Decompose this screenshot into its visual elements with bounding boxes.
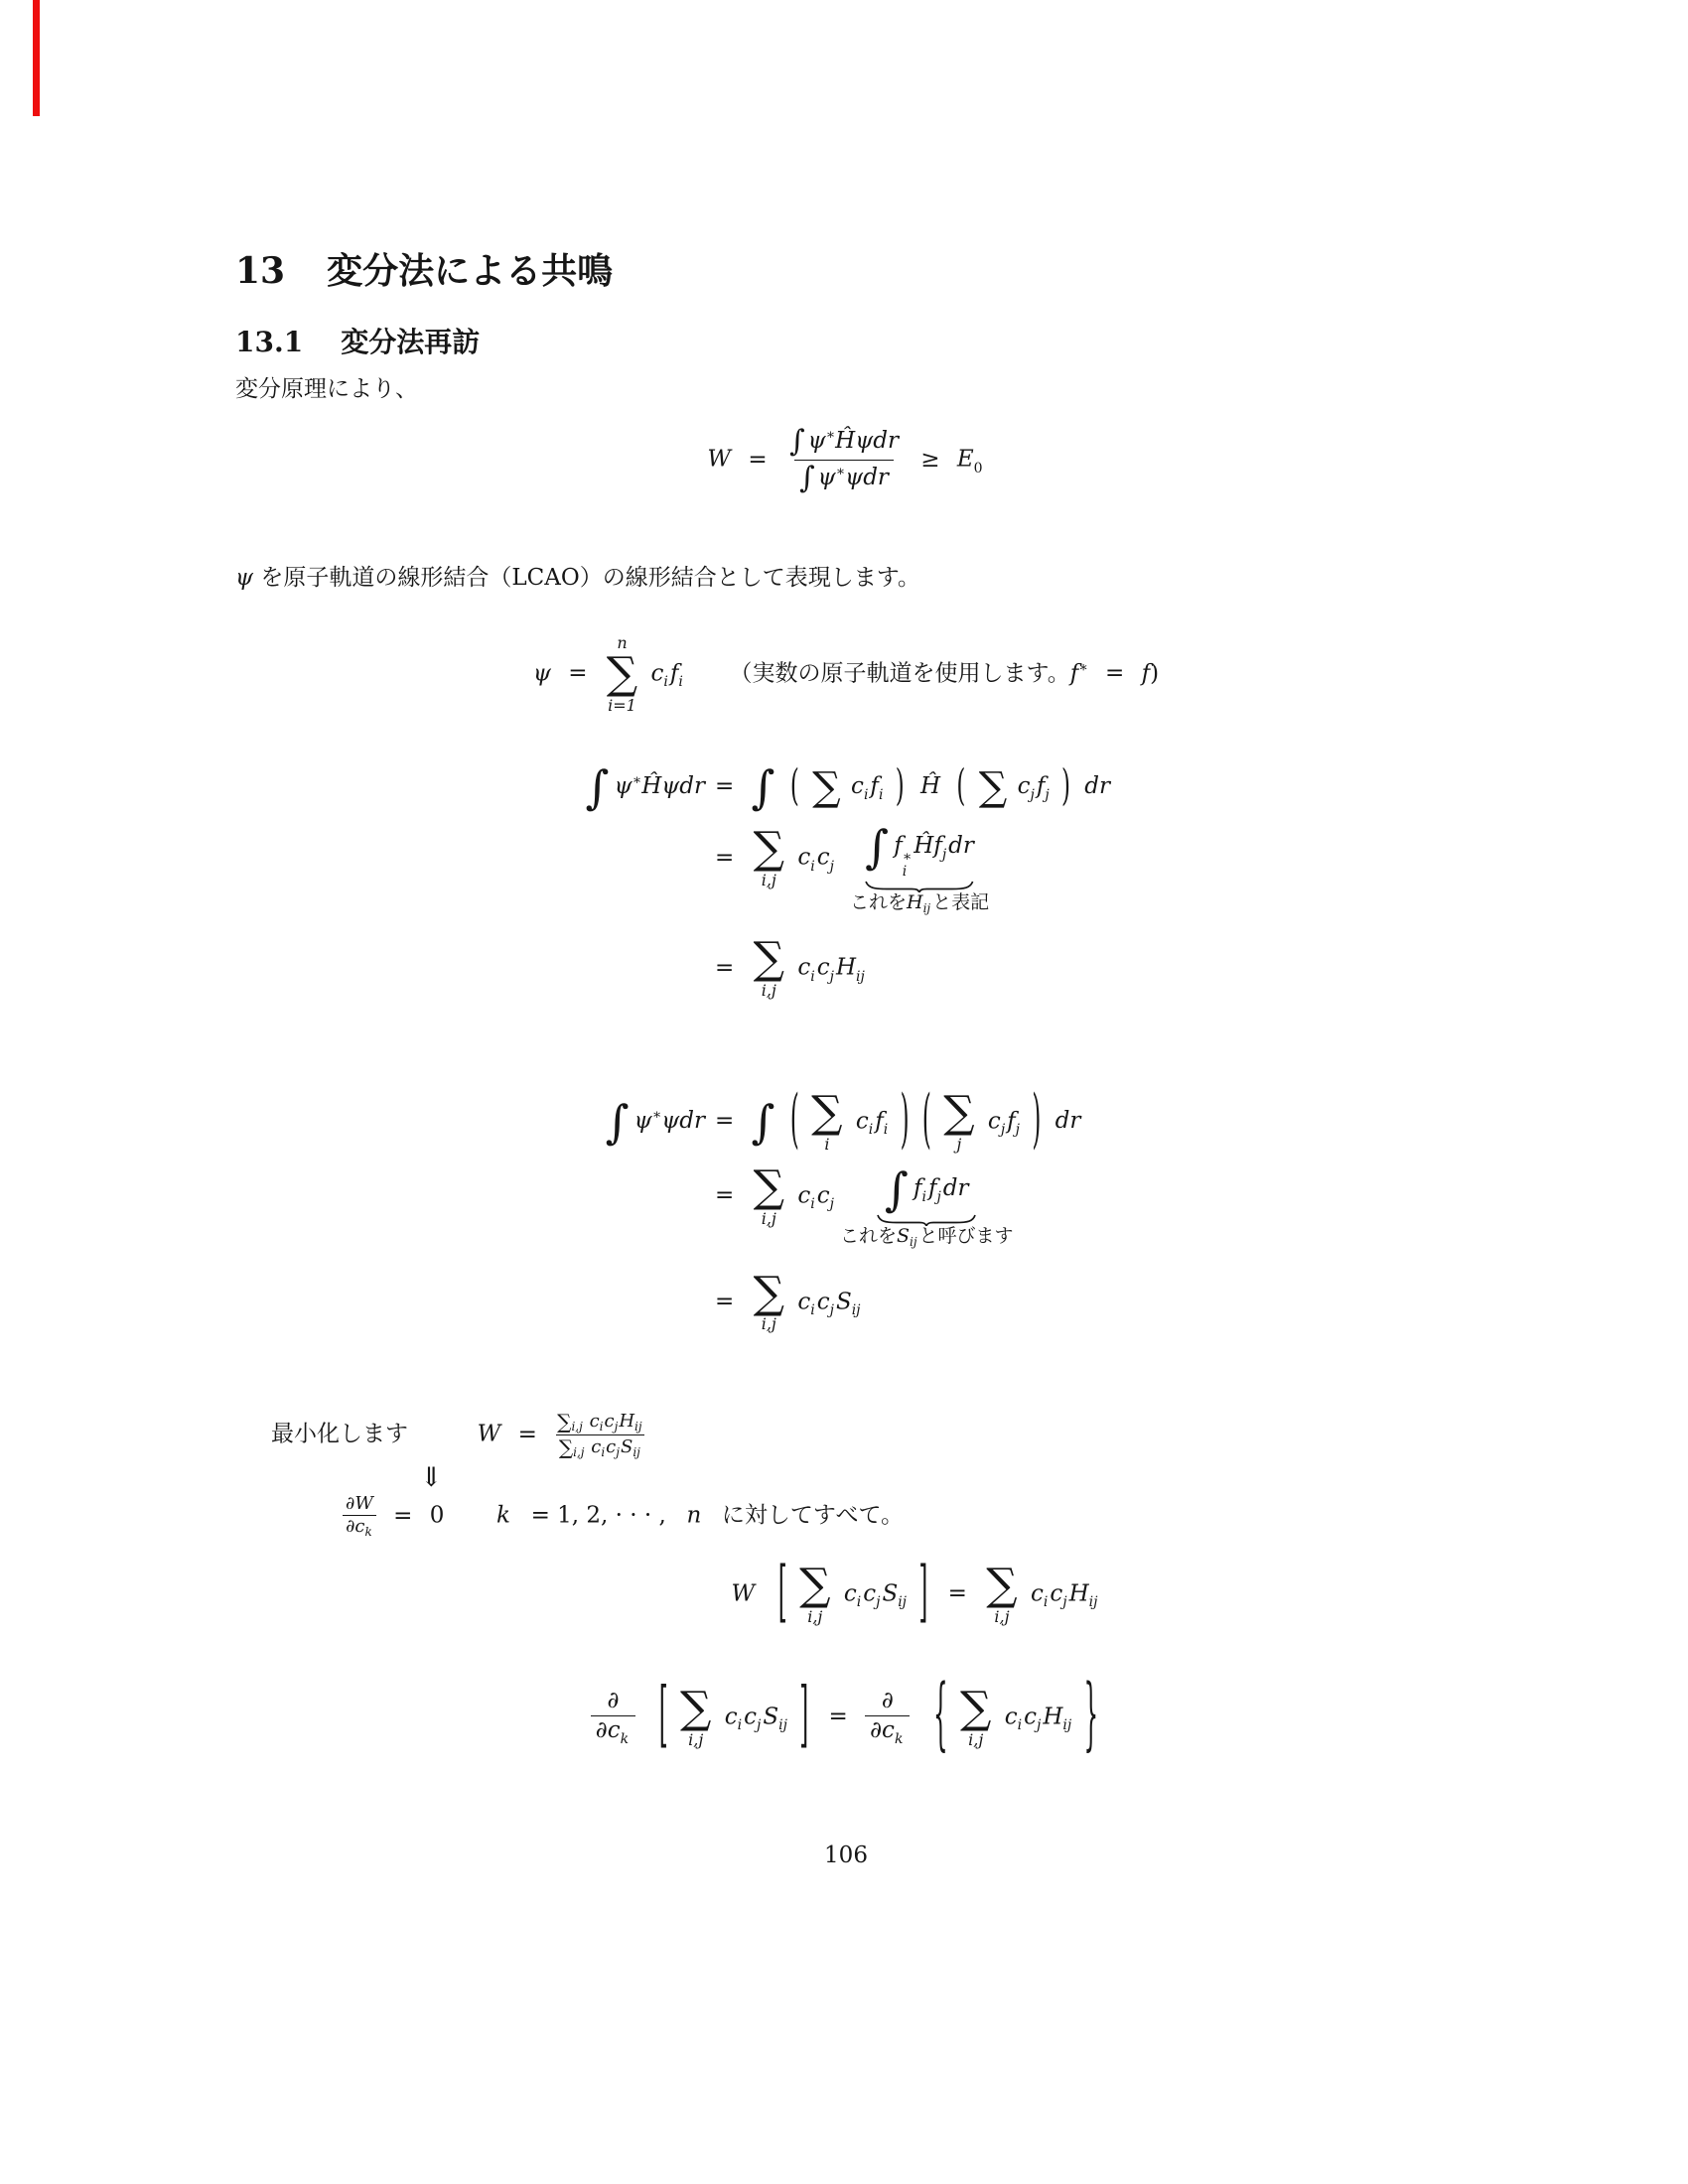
subscript: k (621, 1731, 629, 1747)
fraction: ∂W ∂ck (343, 1495, 376, 1538)
numerator: ∫ψ∗Ĥψdr (784, 427, 904, 460)
equation-rhs: = ∫ ( ∑ cifi ) Ĥ ( ∑ cjfj ) dr (705, 764, 1110, 810)
sigma-icon: ∑ (812, 764, 841, 810)
psi-symbol: ψ (634, 1108, 652, 1134)
sum-lower-limit: i,j (688, 1732, 703, 1748)
sum-operator: ∑ j (943, 1092, 974, 1153)
double-down-arrow-icon: ⇓ (420, 1462, 443, 1493)
subscript: i,j (571, 1420, 582, 1433)
section-heading: 13変分法による共鳴 (235, 248, 1457, 295)
sum-lower-limit: i,j (762, 1211, 776, 1227)
equation-lhs: ∫ψ∗ψdr (235, 1099, 705, 1145)
basis-function: f (1142, 660, 1151, 686)
subscript: j (1062, 1594, 1066, 1610)
page-number: 106 (235, 1842, 1457, 1871)
coefficient: c (1050, 1580, 1062, 1606)
integral-icon: ∫ (752, 760, 775, 814)
equals-sign: = (829, 1704, 848, 1729)
integral-icon: ∫ (789, 424, 805, 459)
integral-icon: ∫ (885, 1162, 909, 1216)
right-paren: ) (1032, 1090, 1041, 1154)
note-close-paren: ) (1150, 660, 1159, 686)
partial-symbol: ∂ (346, 1516, 354, 1537)
w-symbol: W (707, 447, 731, 473)
sum-lower-limit: i,j (968, 1732, 983, 1748)
equation-rhs: = ∫ ( ∑ i cifi ) ( ∑ j cjfj ) dr (705, 1092, 1080, 1153)
coefficient: c (354, 1516, 364, 1537)
derivation-row: = ∑ i,j cicjSij (235, 1273, 1457, 1333)
right-bracket: ] (799, 1682, 808, 1753)
matrix-element: H (1069, 1580, 1089, 1606)
zero-value: 0 (430, 1503, 445, 1529)
derivation-row: ∫ψ∗ψdr = ∫ ( ∑ i cifi ) ( ∑ j cjfj ) dr (235, 1092, 1457, 1153)
w-symbol: W (478, 1422, 501, 1447)
sigma-icon: ∑ (811, 1092, 842, 1134)
equals-sign: = (948, 1580, 967, 1606)
annotation-text: と呼びます (919, 1225, 1014, 1247)
real-orbital-note: （実数の原子軌道を使用します。 (730, 660, 1070, 686)
minimize-line: 最小化します W = ∑i,j cicjHij ∑i,j cicjSij (271, 1412, 1457, 1458)
sigma-icon: ∑ (943, 1092, 974, 1134)
subscript: ij (1062, 1717, 1071, 1733)
subscript: ij (634, 1420, 642, 1433)
hamiltonian-operator: Ĥ (914, 833, 933, 859)
numerator: ∑i,j cicjHij (554, 1412, 645, 1434)
equals-sign: = (715, 773, 734, 799)
left-bracket: [ (778, 1561, 787, 1628)
subscript: j (830, 1302, 834, 1318)
psi-symbol: ψ (235, 565, 253, 591)
subscript: j (830, 859, 834, 875)
denominator: ∂ck (343, 1515, 376, 1538)
integral-expression: ∫f∗iĤfjdr (865, 824, 974, 879)
subscript: i (869, 1122, 873, 1138)
coefficient: c (856, 1108, 869, 1134)
numerator: ∂ (602, 1690, 624, 1715)
annotation-text: と表記 (932, 891, 989, 913)
hamiltonian-operator: Ĥ (920, 773, 940, 799)
overlap-element: S (836, 1289, 852, 1314)
overlap-element: S (882, 1580, 898, 1606)
psi-symbol: ψ (615, 773, 633, 799)
sigma-icon: ∑ (754, 938, 784, 980)
implies-arrow: ⇓ (420, 1464, 1457, 1491)
star-superscript: ∗ (652, 1107, 662, 1123)
matrix-element: H (1043, 1704, 1062, 1729)
subscript: i (1018, 1717, 1022, 1733)
subscript: i (600, 1420, 604, 1433)
equals-sign: = (715, 845, 734, 871)
subsection-heading: 13.1変分法再訪 (235, 325, 1457, 360)
subscript: j (757, 1717, 761, 1733)
coefficient: c (817, 1182, 830, 1208)
math-token: dr (1055, 1108, 1081, 1134)
underbrace-group: ∫f∗iĤfjdr これをHijと表記 (865, 824, 974, 892)
coefficient: c (590, 1411, 600, 1432)
star-superscript: ∗ (903, 850, 913, 865)
equals-sign: = (715, 1108, 734, 1134)
annotation-text: これを (840, 1225, 897, 1247)
left-paren: ( (956, 766, 965, 809)
sum-lower-limit: j (956, 1137, 961, 1153)
coefficient: c (988, 1108, 1001, 1134)
subscript: j (1001, 1122, 1005, 1138)
basis-function: f (870, 773, 879, 799)
coefficient: c (797, 1289, 810, 1314)
underbrace-annotation: これをHijと表記 (850, 893, 989, 914)
sigma-icon: ∑ (979, 764, 1008, 810)
overlap-element: S (763, 1704, 778, 1729)
subscript: ij (852, 1302, 861, 1318)
psi-symbol: ψ (818, 465, 836, 490)
annotation-text: これを (850, 891, 907, 913)
subscript: ij (910, 1235, 917, 1249)
coefficient: c (605, 1411, 615, 1432)
subscript: i (864, 787, 868, 803)
equals-sign: = (1105, 660, 1124, 686)
subscript: i (810, 969, 814, 985)
basis-function: f (933, 833, 942, 859)
sigma-icon: ∑ (557, 1410, 571, 1433)
denominator: ∑i,j cicjSij (556, 1434, 644, 1458)
numerator: ∂W (343, 1495, 376, 1515)
coefficient: c (608, 1717, 621, 1743)
star-superscript: ∗ (826, 427, 836, 443)
equals-sign: = (568, 660, 587, 686)
coefficient: c (817, 845, 830, 871)
sum-operator: ∑ i,j (960, 1688, 991, 1748)
right-brace: } (1084, 1679, 1099, 1757)
fraction: ∫ψ∗Ĥψdr ∫ψ∗ψdr (784, 427, 904, 493)
math-token: Ĥψdr (641, 773, 705, 799)
star-superscript: ∗ (836, 464, 846, 479)
derivation-row: = ∑ i,j cicj ∫fifjdr これをSijと呼びます (235, 1166, 1457, 1227)
k-sequence: = 1, 2, · · · , (531, 1503, 666, 1529)
subscript: i (810, 859, 814, 875)
document-page: 13変分法による共鳴 13.1変分法再訪 変分原理により、 W = ∫ψ∗Ĥψd… (0, 0, 1688, 2184)
fraction: ∑i,j cicjHij ∑i,j cicjSij (554, 1412, 645, 1458)
subscript: i (903, 865, 907, 880)
denominator: ∂ck (591, 1715, 635, 1746)
sum-lower-limit: i,j (762, 983, 776, 999)
sigma-icon: ∑ (799, 1565, 830, 1606)
minimization-block: 最小化します W = ∑i,j cicjHij ∑i,j cicjSij ⇓ ∂… (235, 1412, 1457, 1538)
basis-function: f (894, 833, 903, 859)
subscript: i (738, 1717, 742, 1733)
subscript: j (830, 1196, 834, 1212)
math-token: ψdr (845, 465, 889, 490)
subsection-title: 変分法再訪 (341, 326, 480, 358)
partial-symbol: ∂ (882, 1688, 894, 1713)
coefficient: c (797, 1182, 810, 1208)
index-n: n (686, 1503, 701, 1529)
equation-partial-derivative: ∂ ∂ck [ ∑ i,j cicjSij ] = ∂ ∂ck { ∑ i,j … (235, 1688, 1457, 1748)
right-paren: ) (901, 1090, 910, 1154)
derivation-row: ∫ψ∗Ĥψdr = ∫ ( ∑ cifi ) Ĥ ( ∑ cjfj ) dr (235, 764, 1457, 810)
subscript: j (1037, 1717, 1041, 1733)
integral-expression: ∫fifjdr (885, 1166, 969, 1212)
subscript: i (810, 1196, 814, 1212)
partial-symbol: ∂ (607, 1688, 619, 1713)
basis-function: f (875, 1108, 884, 1134)
psi-symbol: ψ (533, 660, 551, 686)
partial-symbol: ∂ (346, 1493, 354, 1514)
left-bracket: [ (659, 1682, 668, 1753)
matrix-element: H (907, 891, 923, 913)
matrix-element: H (619, 1411, 634, 1432)
numerator: ∂ (877, 1690, 899, 1715)
subscript: j (1016, 1122, 1020, 1138)
right-paren: ) (1061, 766, 1070, 809)
coefficient: c (882, 1717, 895, 1743)
sum-operator: ∑ i,j (754, 938, 784, 999)
coefficient: c (1031, 1580, 1044, 1606)
math-token: Ĥψdr (835, 428, 899, 454)
basis-function: f (1007, 1108, 1016, 1134)
coefficient: c (863, 1580, 876, 1606)
subscript: j (616, 1445, 620, 1459)
equals-sign: = (715, 1289, 734, 1314)
subscript: k (895, 1731, 903, 1747)
integral-icon: ∫ (752, 1095, 775, 1149)
sum-lower-limit: i (824, 1137, 829, 1153)
subsection-number: 13.1 (235, 326, 303, 358)
subscript: i (663, 674, 667, 690)
math-token: dr (1084, 773, 1110, 799)
coefficient: c (1005, 1704, 1018, 1729)
paragraph-intro: 変分原理により、 (235, 375, 1457, 405)
equation-rhs: = ∑ i,j cicj ∫fifjdr これをSijと呼びます (705, 1166, 976, 1227)
basis-function: f (1070, 660, 1079, 686)
coefficient: c (744, 1704, 757, 1729)
sum-operator: ∑ i,j (754, 1166, 784, 1227)
geq-sign: ≥ (920, 447, 939, 473)
partial-symbol: ∂ (870, 1717, 882, 1743)
left-brace: { (933, 1679, 948, 1757)
sum-operator: ∑ i,j (799, 1565, 830, 1625)
sigma-icon: ∑ (754, 1273, 784, 1314)
subscript: j (615, 1420, 619, 1433)
sub-sup-stack: ∗i (903, 850, 913, 879)
red-margin-mark (33, 0, 40, 116)
coefficient: c (817, 1289, 830, 1314)
sum-operator: ∑ i,j (754, 828, 784, 888)
equation-secular-w: W [ ∑ i,j cicjSij ] = ∑ i,j cicjHij (235, 1565, 1526, 1625)
w-symbol: W (354, 1493, 373, 1514)
left-paren: ( (790, 1090, 799, 1154)
derivation-row: = ∑ i,j cicj ∫f∗iĤfjdr これをHijと表記 (235, 824, 1457, 892)
subscript: i (678, 674, 682, 690)
math-token: dr (943, 1175, 969, 1201)
subscript: i (921, 1189, 925, 1205)
partial-symbol: ∂ (596, 1717, 608, 1743)
subscript: j (942, 847, 946, 863)
derivation-overlap: ∫ψ∗ψdr = ∫ ( ∑ i cifi ) ( ∑ j cjfj ) dr (235, 1092, 1457, 1346)
subscript: i (884, 1122, 888, 1138)
equals-sign: = (715, 955, 734, 981)
w-symbol: W (732, 1580, 756, 1606)
sum-lower-limit: i,j (762, 1316, 776, 1332)
sum-operator: ∑ i (811, 1092, 842, 1153)
subscript: i (879, 787, 883, 803)
sum-operator: ∑ i,j (754, 1273, 784, 1333)
subscript: k (364, 1525, 371, 1539)
subscript: ij (1089, 1594, 1098, 1610)
subscript: 0 (974, 461, 983, 477)
subscript: i (1044, 1594, 1048, 1610)
fraction: ∂ ∂ck (591, 1690, 635, 1746)
star-superscript: ∗ (1078, 659, 1088, 675)
sigma-icon: ∑ (680, 1688, 711, 1729)
derivation-hamiltonian: ∫ψ∗Ĥψdr = ∫ ( ∑ cifi ) Ĥ ( ∑ cjfj ) dr =… (235, 764, 1457, 1013)
equation-rhs: = ∑ i,j cicj ∫f∗iĤfjdr これをHijと表記 (705, 824, 974, 892)
sum-lower-limit: i,j (807, 1609, 822, 1625)
equals-sign: = (518, 1422, 537, 1447)
sigma-icon: ∑ (754, 1166, 784, 1208)
left-paren: ( (790, 766, 799, 809)
integral-icon: ∫ (606, 1095, 630, 1149)
sum-lower-limit: i,j (762, 873, 776, 888)
subscript: j (830, 969, 834, 985)
sum-operator: ∑ i,j (986, 1565, 1017, 1625)
equation-lhs: ∫ψ∗Ĥψdr (235, 764, 705, 810)
subscript: j (876, 1594, 880, 1610)
coefficient: c (606, 1436, 616, 1457)
subscript: i,j (573, 1445, 584, 1459)
equation-rhs: = ∑ i,j cicjHij (705, 938, 867, 999)
sigma-icon: ∑ (960, 1688, 991, 1729)
equation-rhs: = ∑ i,j cicjSij (705, 1273, 863, 1333)
forall-note: に対してすべて。 (722, 1503, 904, 1529)
subscript: ij (898, 1594, 907, 1610)
integral-icon: ∫ (799, 461, 815, 495)
equals-sign: = (393, 1503, 412, 1529)
integral-icon: ∫ (865, 820, 889, 874)
coefficient: c (725, 1704, 738, 1729)
sum-lower-limit: i,j (994, 1609, 1009, 1625)
subscript: j (1045, 787, 1049, 803)
coefficient: c (844, 1580, 857, 1606)
sum-operator: n ∑ i=1 (607, 635, 637, 714)
math-token: dr (948, 833, 974, 859)
denominator: ∫ψ∗ψdr (794, 460, 894, 493)
equation-variational-principle: W = ∫ψ∗Ĥψdr ∫ψ∗ψdr ≥ E0 (235, 427, 1457, 493)
section-title: 変分法による共鳴 (327, 250, 613, 292)
equals-sign: = (715, 1182, 734, 1208)
subscript: i (857, 1594, 861, 1610)
star-superscript: ∗ (633, 772, 642, 788)
sum-operator: ∑ i,j (680, 1688, 711, 1748)
coefficient: c (797, 955, 810, 981)
psi-symbol: ψ (808, 428, 826, 454)
sigma-icon: ∑ (559, 1435, 573, 1459)
derivation-row: = ∑ i,j cicjHij (235, 938, 1457, 999)
equals-sign: = (748, 447, 767, 473)
sigma-icon: ∑ (607, 653, 637, 695)
coefficient: c (651, 660, 664, 686)
subscript: j (936, 1189, 940, 1205)
subscript: ij (856, 969, 865, 985)
right-paren: ) (896, 766, 905, 809)
lcao-text: を原子軌道の線形結合（LCAO）の線形結合として表現します。 (253, 565, 920, 591)
coefficient: c (817, 955, 830, 981)
section-number: 13 (235, 250, 285, 292)
equation-lcao-expansion: ψ = n ∑ i=1 cifi （実数の原子軌道を使用します。f∗ = f) (235, 635, 1457, 714)
coefficient: c (797, 845, 810, 871)
overlap-element: S (621, 1436, 633, 1457)
left-paren: ( (922, 1090, 931, 1154)
right-bracket: ] (918, 1561, 927, 1628)
overlap-element: S (897, 1225, 910, 1247)
coefficient: c (1018, 773, 1031, 799)
subscript: i (810, 1302, 814, 1318)
math-token: ψdr (661, 1108, 705, 1134)
subscript: i (601, 1445, 605, 1459)
sigma-icon: ∑ (986, 1565, 1017, 1606)
matrix-element: H (836, 955, 856, 981)
underbrace-group: ∫fifjdr これをSijと呼びます (877, 1166, 976, 1226)
coefficient: c (591, 1436, 601, 1457)
coefficient: c (851, 773, 864, 799)
index-k: k (496, 1503, 510, 1529)
sum-lower-limit: i=1 (608, 698, 636, 714)
subscript: j (1030, 787, 1034, 803)
lcao-sentence: ψ を原子軌道の線形結合（LCAO）の線形結合として表現します。 (235, 564, 1457, 594)
underbrace-annotation: これをSijと呼びます (840, 1227, 1014, 1248)
minimize-label: 最小化します (271, 1422, 408, 1447)
subscript: ij (923, 901, 931, 915)
denominator: ∂ck (865, 1715, 910, 1746)
sigma-icon: ∑ (754, 828, 784, 870)
fraction: ∂ ∂ck (865, 1690, 910, 1746)
ground-energy: E (957, 447, 974, 473)
stationary-condition-line: ∂W ∂ck = 0 k = 1, 2, · · · , n に対してすべて。 (343, 1495, 1457, 1538)
coefficient: c (1024, 1704, 1037, 1729)
subscript: ij (778, 1717, 787, 1733)
subscript: ij (633, 1445, 640, 1459)
integral-icon: ∫ (586, 760, 610, 814)
